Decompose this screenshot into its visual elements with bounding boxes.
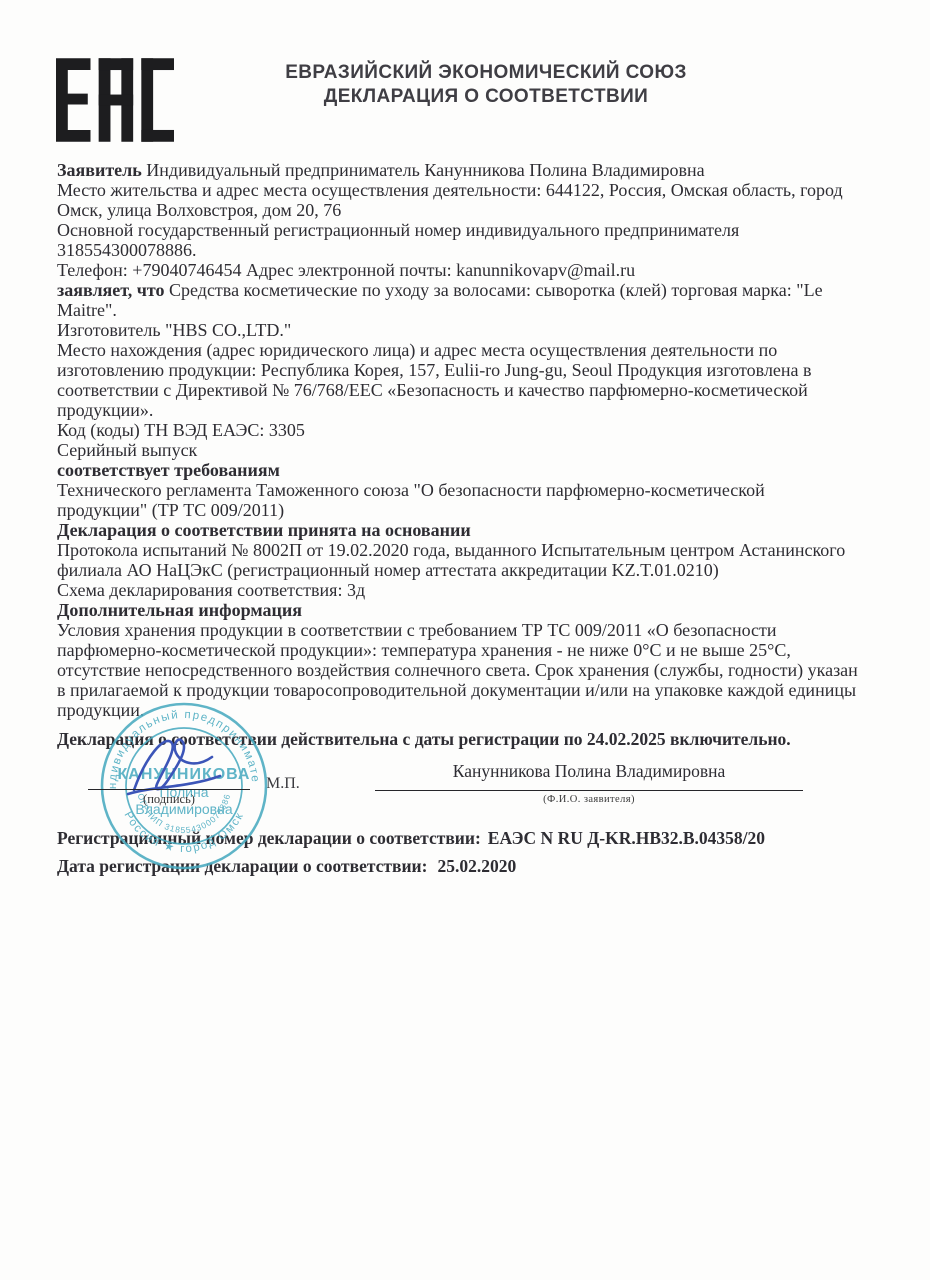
registration-number-label: Регистрационный номер декларации о соотв… [57, 828, 481, 848]
text-line: Серийный выпуск [57, 440, 882, 460]
signature-rule [88, 789, 250, 790]
text-line: Технического регламента Таможенного союз… [57, 480, 882, 500]
text-line: Maitre". [57, 300, 882, 320]
declaration-document-page: ЕВРАЗИЙСКИЙ ЭКОНОМИЧЕСКИЙ СОЮЗ ДЕКЛАРАЦИ… [0, 0, 930, 1280]
stamp-place-label: М.П. [266, 775, 300, 793]
text-line: Изготовитель "HBS CO.,LTD." [57, 320, 882, 340]
registration-number-value: ЕАЭС N RU Д-KR.HB32.B.04358/20 [488, 828, 765, 848]
text-line: Схема декларирования соответствия: 3д [57, 580, 882, 600]
text-line: филиала АО НаЦЭкС (регистрационный номер… [57, 560, 882, 580]
text-line: отсутствие непосредственного воздействия… [57, 660, 882, 680]
text-line: Омск, улица Волховстроя, дом 20, 76 [57, 200, 882, 220]
stamp-center-surname: КАНУННИКОВА [118, 766, 251, 783]
text-line: Место жительства и адрес места осуществл… [57, 180, 882, 200]
applicant-name: Канунникова Полина Владимировна [375, 761, 803, 782]
text-line: Условия хранения продукции в соответстви… [57, 620, 882, 640]
text-line: Место нахождения (адрес юридического лиц… [57, 340, 882, 360]
text-line: соответствует требованиям [57, 460, 882, 480]
validity-statement: Декларация о соответствии действительна … [57, 729, 882, 750]
text-line: продукции». [57, 400, 882, 420]
text-line: заявляет, что Средства косметические по … [57, 280, 882, 300]
text-line: Телефон: +79040746454 Адрес электронной … [57, 260, 882, 280]
text-line: Декларация о соответствии принята на осн… [57, 520, 882, 540]
title-line-union: ЕВРАЗИЙСКИЙ ЭКОНОМИЧЕСКИЙ СОЮЗ [21, 61, 930, 85]
registration-number-line: Регистрационный номер декларации о соотв… [57, 828, 765, 849]
text-line: Заявитель Индивидуальный предприниматель… [57, 160, 882, 180]
text-line: соответствии с Директивой № 76/768/ЕЕС «… [57, 380, 882, 400]
applicant-name-rule [375, 790, 803, 791]
registration-date-value: 25.02.2020 [437, 856, 516, 876]
text-line: парфюмерно-косметической продукции»: тем… [57, 640, 882, 660]
text-line: Протокола испытаний № 8002П от 19.02.202… [57, 540, 882, 560]
text-line: Основной государственный регистрационный… [57, 220, 882, 240]
text-line: в прилагаемой к продукции товаросопровод… [57, 680, 882, 700]
applicant-name-caption: (Ф.И.О. заявителя) [375, 794, 803, 805]
registration-date-line: Дата регистрации декларации о соответств… [57, 856, 516, 877]
registration-date-label: Дата регистрации декларации о соответств… [57, 856, 427, 876]
document-title: ЕВРАЗИЙСКИЙ ЭКОНОМИЧЕСКИЙ СОЮЗ ДЕКЛАРАЦИ… [21, 61, 930, 109]
text-line: продукции. [57, 700, 882, 720]
text-line: продукции" (ТР ТС 009/2011) [57, 500, 882, 520]
title-line-declaration: ДЕКЛАРАЦИЯ О СООТВЕТСТВИИ [21, 85, 930, 109]
text-line: Код (коды) ТН ВЭД ЕАЭС: 3305 [57, 420, 882, 440]
text-line: Дополнительная информация [57, 600, 882, 620]
signature-caption: (подпись) [88, 792, 250, 807]
text-line: изготовлению продукции: Республика Корея… [57, 360, 882, 380]
body-lines: Заявитель Индивидуальный предприниматель… [57, 160, 882, 720]
text-line: 318554300078886. [57, 240, 882, 260]
